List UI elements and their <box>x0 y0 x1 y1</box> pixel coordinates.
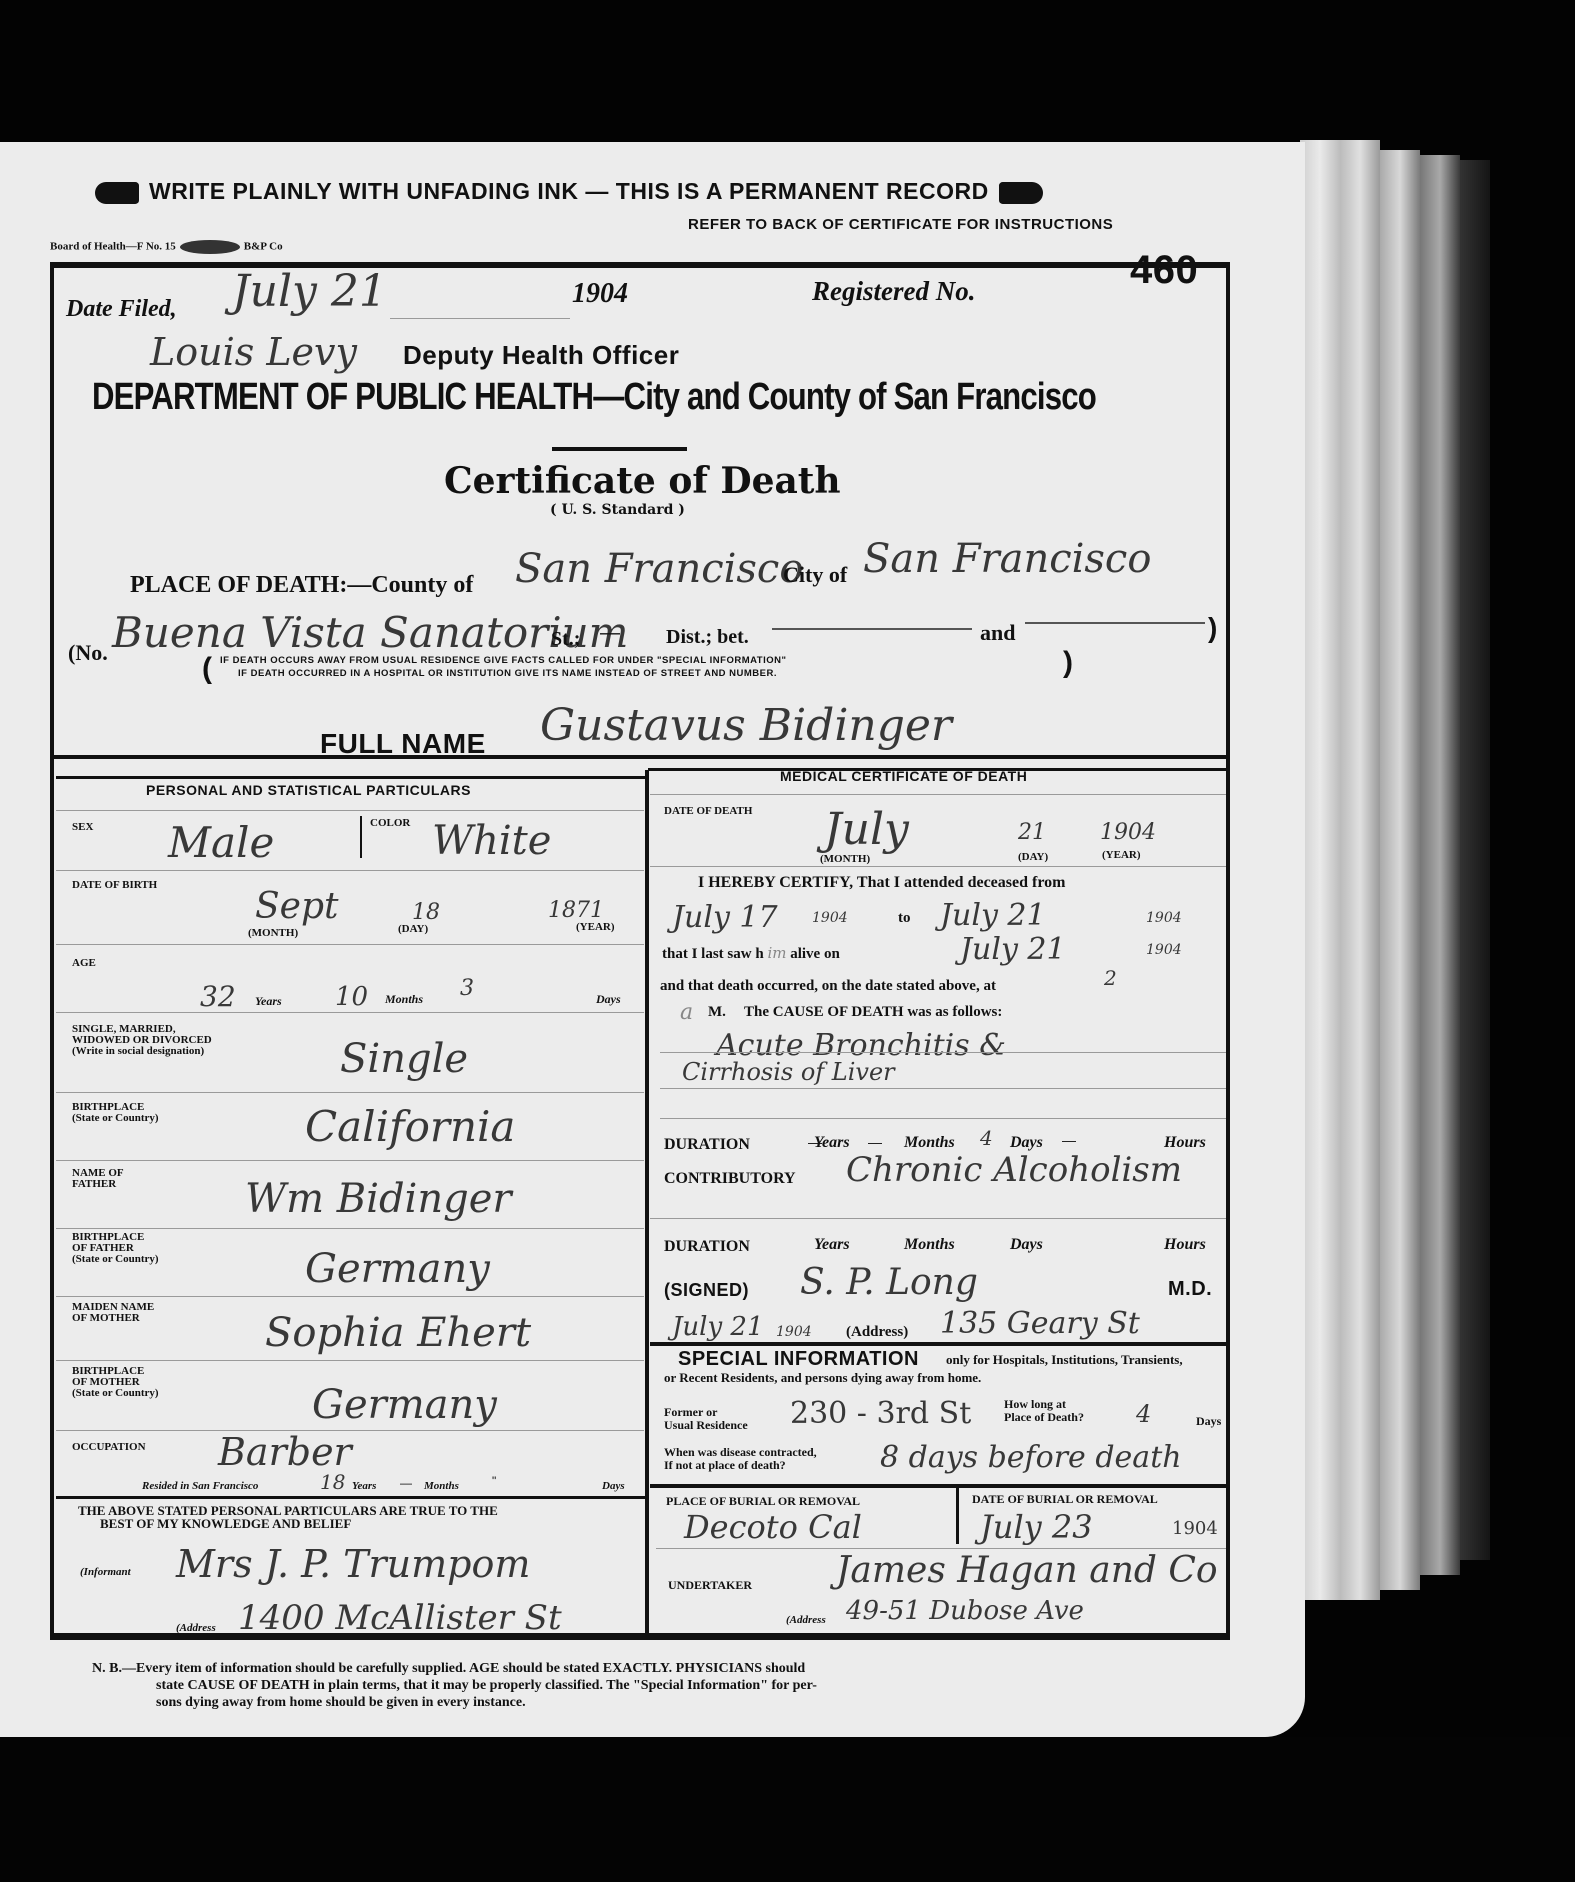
color-value: White <box>432 818 551 864</box>
how-long-unit: Days <box>1196 1414 1221 1429</box>
age-years: 32 <box>200 980 236 1013</box>
burial-place-value: Decoto Cal <box>684 1508 862 1546</box>
death-hour: 2 <box>1104 966 1117 990</box>
signed-by: S. P. Long <box>800 1262 978 1303</box>
mother-label-line: OF MOTHER <box>72 1313 154 1324</box>
last-saw-year: 1904 <box>1146 942 1182 958</box>
undertaker-label: UNDERTAKER <box>668 1580 752 1591</box>
dod-label: DATE OF DEATH <box>664 806 752 817</box>
place-note-line-2: IF DEATH OCCURRED IN A HOSPITAL OR INSTI… <box>238 668 777 679</box>
contracted-value: 8 days before death <box>880 1440 1182 1475</box>
cause-line-2: Cirrhosis of Liver <box>682 1058 895 1086</box>
date-filed-year: 1904 <box>572 278 628 310</box>
informant-statement-line: BEST OF MY KNOWLEDGE AND BELIEF <box>78 1517 498 1530</box>
how-long-value: 4 <box>1136 1400 1151 1428</box>
informant-address-label: (Address <box>176 1622 216 1634</box>
age-months-label: Months <box>385 992 423 1007</box>
and-label: and <box>980 620 1015 646</box>
signer-address: 135 Geary St <box>940 1306 1140 1341</box>
last-saw-date: July 21 <box>960 932 1066 967</box>
attended-to: July 21 <box>940 898 1046 933</box>
refer-instructions: REFER TO BACK OF CERTIFICATE FOR INSTRUC… <box>688 216 1113 233</box>
death-occurred-label: and that death occurred, on the date sta… <box>660 978 996 995</box>
contracted-label: When was disease contracted, If not at p… <box>664 1446 817 1472</box>
certify-text: I HEREBY CERTIFY, That I attended deceas… <box>698 874 1065 892</box>
father-value: Wm Bidinger <box>245 1176 512 1222</box>
last-saw-pronoun: im <box>767 944 786 962</box>
father-label-line: FATHER <box>72 1179 124 1190</box>
dob-month: Sept <box>255 886 338 927</box>
special-note-1: only for Hospitals, Institutions, Transi… <box>946 1352 1183 1368</box>
age-years-label: Years <box>255 994 282 1009</box>
form-number-text: Board of Health—F No. 15 <box>50 241 176 253</box>
attended-from: July 17 <box>672 900 778 935</box>
duration2-years-label: Years <box>814 1236 850 1254</box>
contracted-label-line: If not at place of death? <box>664 1459 817 1472</box>
department-heading: DEPARTMENT OF PUBLIC HEALTH—City and Cou… <box>92 376 1096 419</box>
last-saw-label: that I last saw h im alive on <box>662 944 840 963</box>
former-residence-label: Former or Usual Residence <box>664 1406 748 1432</box>
former-residence-value: 230 - 3rd St <box>790 1396 971 1431</box>
mother-label: MAIDEN NAME OF MOTHER <box>72 1302 154 1324</box>
marital-label: SINGLE, MARRIED, WIDOWED OR DIVORCED (Wr… <box>72 1024 212 1057</box>
medical-heading: MEDICAL CERTIFICATE OF DEATH <box>780 768 1027 784</box>
signed-date: July 21 <box>672 1312 764 1342</box>
occupation-value: Barber <box>218 1430 352 1474</box>
father-birthplace-label: BIRTHPLACE OF FATHER (State or Country) <box>72 1232 159 1265</box>
informant-label: (Informant <box>80 1566 131 1578</box>
full-name-value: Gustavus Bidinger <box>540 700 952 751</box>
footer-note-line: state CAUSE OF DEATH in plain terms, tha… <box>92 1677 817 1694</box>
md-label: M.D. <box>1168 1278 1212 1301</box>
age-months: 10 <box>335 982 368 1012</box>
age-label: AGE <box>72 958 96 969</box>
resided-months-label: Months <box>424 1480 459 1492</box>
dod-year: 1904 <box>1100 820 1156 845</box>
dod-year-caption: (Year) <box>1102 850 1141 861</box>
undertaker-address-label: (Address <box>786 1614 826 1626</box>
officer-title: Deputy Health Officer <box>403 340 679 371</box>
personal-heading: PERSONAL AND STATISTICAL PARTICULARS <box>146 782 471 798</box>
page-stack-edge <box>1300 140 1340 1600</box>
contributory-label: CONTRIBUTORY <box>664 1170 796 1188</box>
father-birthplace-value: Germany <box>305 1246 490 1292</box>
pointing-hand-icon <box>95 182 139 204</box>
duration-label: DURATION <box>664 1136 750 1154</box>
signer-address-label: (Address) <box>846 1324 908 1341</box>
pointing-hand-icon <box>999 182 1043 204</box>
place-note-line-1: IF DEATH OCCURS AWAY FROM USUAL RESIDENC… <box>220 655 786 666</box>
informant-address: 1400 McAllister St <box>238 1598 562 1638</box>
dob-day: 18 <box>412 900 440 925</box>
sex-value: Male <box>168 818 274 867</box>
day-caption: (Day) <box>398 924 428 935</box>
informant-statement: THE ABOVE STATED PERSONAL PARTICULARS AR… <box>78 1504 498 1530</box>
footer-note: N. B.—Every item of information should b… <box>92 1660 817 1711</box>
signed-label: (SIGNED) <box>664 1280 749 1301</box>
month-caption: (Month) <box>248 928 298 939</box>
resided-days-label: Days <box>602 1480 625 1492</box>
am-pm: a <box>680 1000 693 1025</box>
burial-date: July 23 <box>980 1508 1093 1546</box>
resided-months: — <box>400 1476 412 1490</box>
number-label: (No. <box>68 640 108 666</box>
dod-month: July <box>824 804 909 855</box>
signed-year: 1904 <box>776 1324 812 1340</box>
attended-from-year: 1904 <box>812 910 848 926</box>
mother-birthplace-value: Germany <box>312 1382 497 1428</box>
city-label: City of <box>783 562 847 588</box>
scan-background <box>0 1737 1575 1882</box>
officer-signature: Louis Levy <box>150 330 357 374</box>
how-long-label-line: Place of Death? <box>1004 1411 1084 1424</box>
mother-birthplace-label-line: (State or Country) <box>72 1388 159 1399</box>
cause-label: The CAUSE OF DEATH was as follows: <box>744 1004 1002 1021</box>
dod-month-caption: (Month) <box>820 854 870 865</box>
duration2-days-label: Days <box>1010 1236 1043 1254</box>
dod-day-caption: (Day) <box>1018 852 1048 863</box>
father-label: NAME OF FATHER <box>72 1168 124 1190</box>
marital-label-line: (Write in social designation) <box>72 1046 212 1057</box>
sex-label: SEX <box>72 822 93 833</box>
birthplace-label: BIRTHPLACE (State or Country) <box>72 1102 159 1124</box>
contributory-value: Chronic Alcoholism <box>846 1150 1182 1190</box>
birthplace-label-line: (State or Country) <box>72 1113 159 1124</box>
last-saw-text: that I last saw h <box>662 946 764 962</box>
date-filed-label: Date Filed, <box>66 296 177 323</box>
certificate-subtitle: ( U. S. Standard ) <box>550 502 685 518</box>
resided-years: 18 <box>320 1470 345 1494</box>
duration2-label: DURATION <box>664 1238 750 1256</box>
marital-value: Single <box>340 1036 468 1082</box>
former-residence-label-line: Usual Residence <box>664 1419 748 1432</box>
duration-months: — <box>868 1134 882 1150</box>
dob-year: 1871 <box>548 898 604 923</box>
informant-name: Mrs J. P. Trumpom <box>176 1542 530 1586</box>
special-note-2: or Recent Residents, and persons dying a… <box>664 1370 981 1386</box>
color-label: COLOR <box>370 818 410 829</box>
resided-label: Resided in San Francisco <box>142 1480 258 1492</box>
mother-birthplace-label: BIRTHPLACE OF MOTHER (State or Country) <box>72 1366 159 1399</box>
undertaker-address: 49-51 Dubose Ave <box>846 1596 1084 1626</box>
close-paren: ) <box>1208 612 1217 644</box>
year-caption: (Year) <box>576 922 615 933</box>
burial-date-label: DATE of BURIAL or REMOVAL <box>972 1494 1158 1505</box>
footer-note-line: sons dying away from home should be give… <box>92 1694 817 1711</box>
street-value: — <box>600 622 620 645</box>
burial-year: 1904 <box>1172 1518 1218 1539</box>
place-of-death-label: PLACE OF DEATH:—County of <box>130 572 473 599</box>
county-value: San Francisco <box>515 546 803 592</box>
to-label: to <box>898 910 911 927</box>
banner-text: WRITE PLAINLY WITH UNFADING INK — THIS I… <box>149 178 989 204</box>
date-filed-value: July 21 <box>232 266 387 317</box>
attended-to-year: 1904 <box>1146 910 1182 926</box>
resided-years-label: Years <box>352 1480 376 1492</box>
dob-label: DATE OF BIRTH <box>72 880 157 891</box>
burial-place-label: PLACE OF BURIAL OR REMOVAL <box>666 1496 860 1507</box>
street-label: St.; <box>551 628 580 651</box>
dod-day: 21 <box>1018 820 1046 845</box>
duration-days: 4 <box>980 1126 993 1150</box>
duration2-months-label: Months <box>904 1236 955 1254</box>
open-paren: ( <box>202 652 212 686</box>
occupation-label: OCCUPATION <box>72 1442 146 1453</box>
form-number: Board of Health—F No. 15B&P Co <box>50 240 283 254</box>
page-stack-edge <box>1460 160 1490 1560</box>
registered-label: Registered No. <box>812 276 975 307</box>
duration-years-label: Years <box>814 1134 850 1152</box>
page-stack-edge <box>1420 155 1460 1575</box>
father-birthplace-label-line: (State or Country) <box>72 1254 159 1265</box>
alive-on-text: alive on <box>790 946 840 962</box>
permanent-record-banner: WRITE PLAINLY WITH UNFADING INK — THIS I… <box>95 178 1043 205</box>
m-label: M. <box>708 1004 726 1021</box>
district-label: Dist.; bet. <box>666 626 749 649</box>
birthplace-value: California <box>305 1102 515 1151</box>
close-paren: ) <box>1063 646 1073 680</box>
duration-hours: — <box>1062 1132 1076 1148</box>
undertaker-value: James Hagan and Co <box>836 1550 1218 1591</box>
city-value: San Francisco <box>863 536 1151 582</box>
page-stack-edge <box>1340 140 1380 1600</box>
union-seal-icon <box>180 240 240 254</box>
age-days: 3 <box>460 976 474 1001</box>
page-stack-edge <box>1380 150 1420 1590</box>
printer-name: B&P Co <box>244 241 283 253</box>
special-heading: SPECIAL INFORMATION <box>678 1348 919 1371</box>
registered-number: 460 <box>1130 248 1198 293</box>
how-long-label: How long at Place of Death? <box>1004 1398 1084 1424</box>
footer-note-line: N. B.—Every item of information should b… <box>92 1660 817 1677</box>
age-days-label: Days <box>596 992 621 1007</box>
duration2-hours-label: Hours <box>1164 1236 1206 1254</box>
mother-value: Sophia Ehert <box>265 1310 531 1356</box>
resided-days: " <box>492 1474 496 1488</box>
certificate-title: Certificate of Death <box>444 460 841 502</box>
